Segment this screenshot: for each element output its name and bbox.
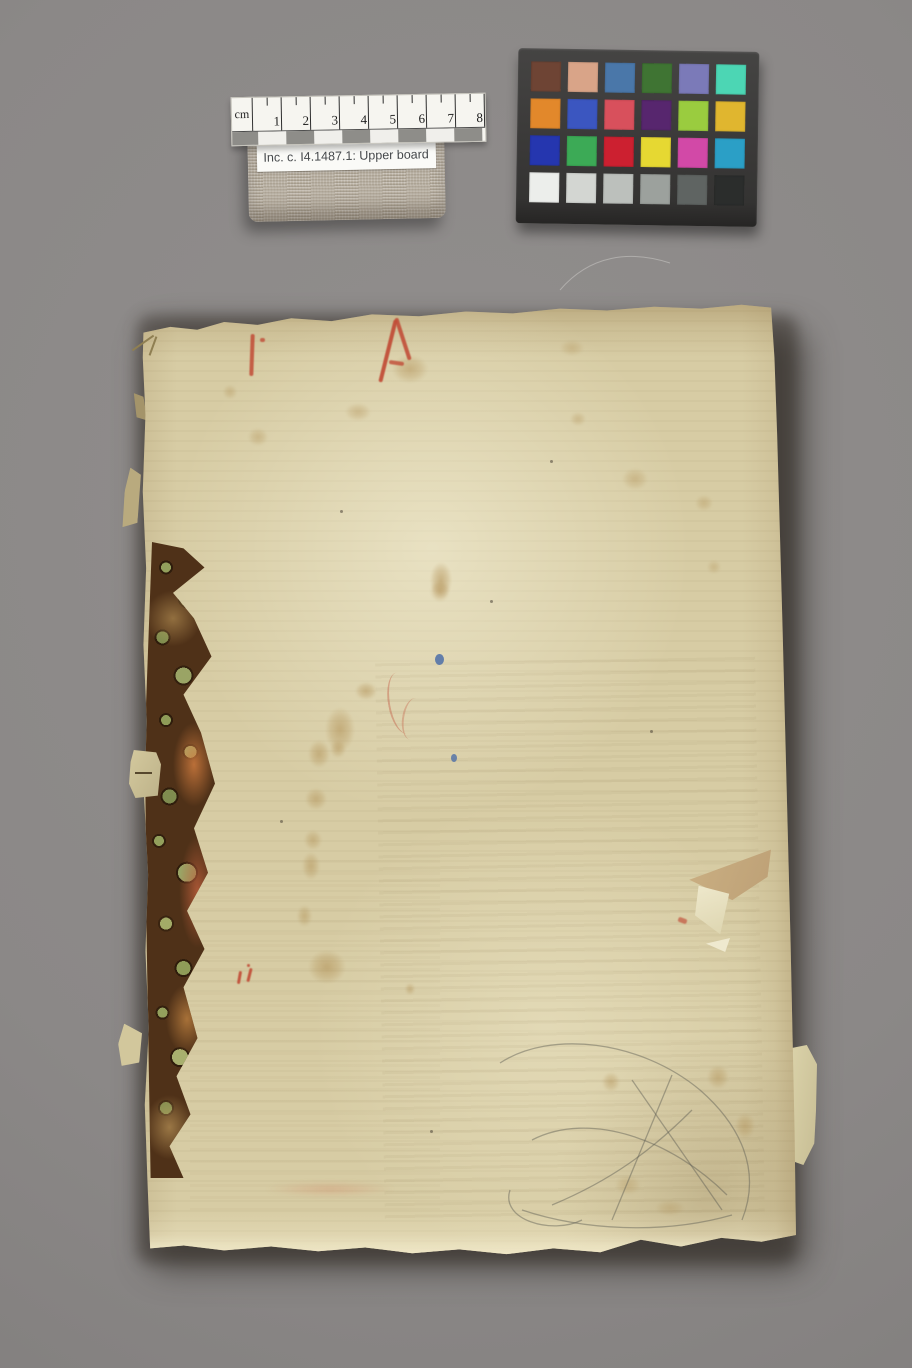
color-patch — [715, 101, 745, 131]
stain — [304, 830, 322, 850]
color-patch — [641, 100, 671, 130]
ruler-cm-cell: 3 — [311, 96, 341, 130]
pencil-scribbles — [490, 1018, 810, 1253]
blue-ink-dot — [435, 654, 444, 665]
dark-fleck — [340, 510, 343, 513]
stain — [707, 560, 721, 574]
ruler-band-segment — [232, 132, 258, 145]
ruler-cm-cell: 4 — [340, 96, 370, 130]
dark-fleck — [650, 730, 653, 733]
ruler-tick-label: 8 — [476, 110, 483, 126]
ruler-cm-cell: 7 — [427, 94, 457, 128]
book-area — [125, 295, 815, 1280]
stain — [308, 950, 346, 984]
fore-edge-tie-tab — [129, 750, 161, 798]
ruler-band-segment — [426, 128, 454, 141]
color-patch — [531, 61, 561, 91]
stain — [302, 852, 320, 880]
dark-fleck — [430, 1130, 433, 1133]
ruler-tick-row: 12345678 — [253, 94, 486, 131]
stain — [297, 905, 312, 927]
stain — [560, 340, 584, 356]
dark-fleck — [280, 820, 283, 823]
specimen-label: Inc. c. I4.1487.1: Upper board — [256, 142, 436, 171]
color-patch — [641, 137, 671, 167]
ruler-cm-cell: 2 — [282, 97, 312, 131]
stain — [405, 983, 415, 995]
color-patch — [567, 99, 597, 129]
ruler-band-segment — [286, 131, 314, 144]
color-patch — [529, 172, 559, 202]
color-patch — [567, 136, 597, 166]
ruler-tick-label: 6 — [418, 111, 425, 127]
ruler-cm-cell: 5 — [369, 95, 399, 129]
color-patch — [714, 175, 744, 205]
ruler-unit-label: cm — [232, 98, 254, 131]
color-checker-chart — [516, 48, 760, 227]
red-chalk-mark-ii — [236, 964, 258, 986]
ruler-tick-label: 4 — [360, 112, 367, 128]
ruler-band-segment — [258, 131, 286, 144]
color-patch — [530, 98, 560, 128]
tie-slit — [135, 772, 152, 774]
stain — [355, 682, 377, 700]
stain — [248, 428, 268, 446]
ruler-cm-cell: 8 — [456, 94, 486, 128]
color-patch — [604, 99, 634, 129]
color-patch — [605, 62, 635, 92]
scale-ruler: cm 12345678 — [231, 93, 487, 146]
ruler-cm-cell: 1 — [253, 97, 283, 131]
stain — [570, 412, 586, 426]
ruler-band-segment — [454, 128, 482, 141]
ruler-scale: cm 12345678 — [232, 94, 486, 132]
color-patch — [530, 135, 560, 165]
stain — [305, 788, 327, 810]
color-patch — [568, 62, 598, 92]
ruler-band-segment — [398, 129, 426, 142]
stray-hair — [555, 245, 675, 295]
text-show-through — [190, 860, 440, 1210]
ruler-tick-label: 2 — [302, 113, 309, 129]
color-patch — [679, 64, 709, 94]
stain — [695, 495, 713, 511]
ruler-tick-label: 7 — [447, 110, 454, 126]
color-patch — [566, 173, 596, 203]
red-smear — [265, 1182, 395, 1196]
ruler-tick-label: 3 — [331, 112, 338, 128]
red-chalk-mark-1 — [246, 330, 268, 380]
ruler-band-segment — [342, 130, 370, 143]
blue-ink-dot — [451, 754, 457, 762]
stain — [308, 740, 330, 768]
color-patch — [603, 173, 633, 203]
ruler-band-segment — [370, 129, 398, 142]
dark-fleck — [490, 600, 493, 603]
color-patch — [640, 174, 670, 204]
stain — [430, 580, 450, 602]
color-patch — [716, 64, 746, 94]
ruler-band-segment — [314, 130, 342, 143]
dark-fleck — [550, 460, 553, 463]
stain — [622, 468, 648, 490]
color-patch — [604, 136, 634, 166]
book-upper-board — [130, 300, 802, 1258]
stain — [345, 403, 371, 421]
color-patch-grid — [516, 48, 760, 219]
color-patch — [678, 101, 708, 131]
photograph-scene: Inc. c. I4.1487.1: Upper board cm 123456… — [0, 0, 912, 1368]
ruler-tick-label: 5 — [389, 111, 396, 127]
color-patch — [677, 175, 707, 205]
color-patch — [642, 63, 672, 93]
stain — [223, 385, 237, 399]
ruler-cm-cell: 6 — [398, 95, 428, 129]
stain — [330, 740, 346, 758]
color-patch — [715, 138, 745, 168]
red-chalk-mark-a — [382, 315, 416, 389]
ruler-tick-label: 1 — [273, 113, 280, 129]
color-patch — [678, 138, 708, 168]
